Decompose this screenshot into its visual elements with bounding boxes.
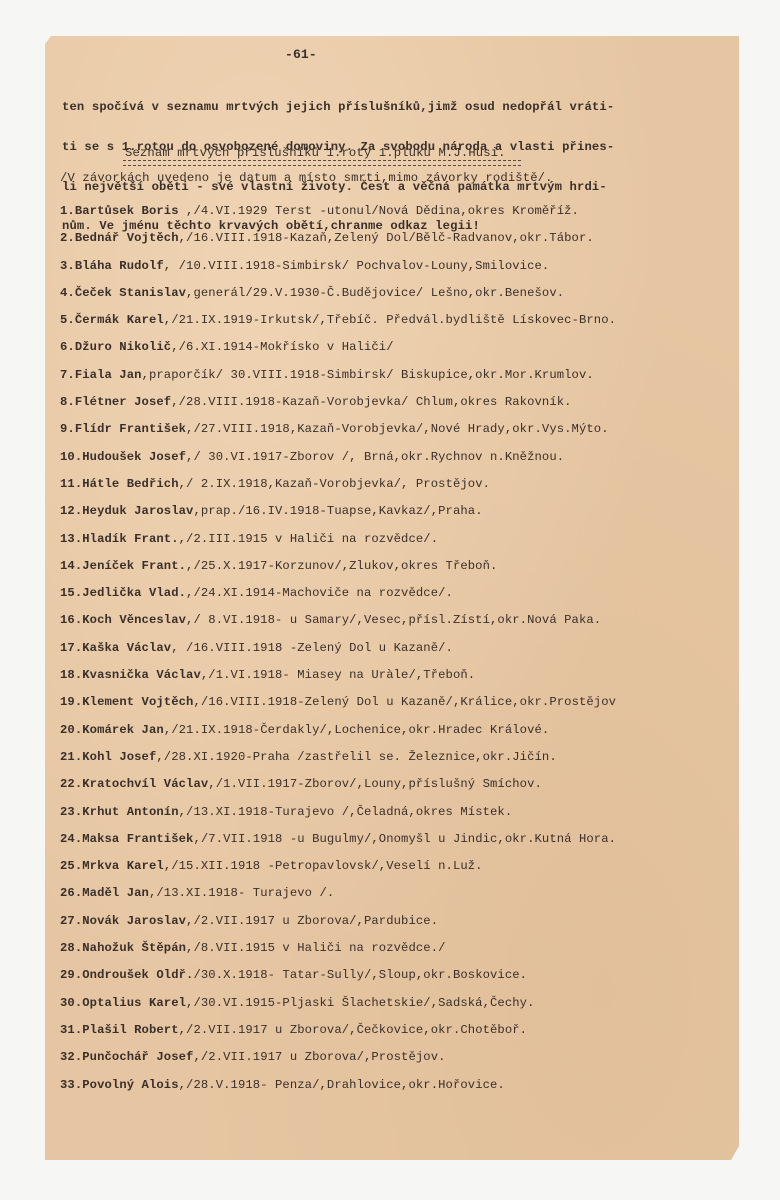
list-item: 20.Komárek Jan,/21.IX.1918-Čerdakly/,Loc… [60, 723, 616, 750]
entry-number: 18. [60, 668, 82, 682]
entry-number: 23. [60, 805, 82, 819]
entry-details: ,/ 8.VI.1918- u Samary/,Vesec,přísl.Zíst… [186, 613, 601, 627]
entry-name: Džuro Nikolič [75, 340, 171, 354]
entry-name: Hátle Bedřich [82, 477, 178, 491]
entry-name: Jedlička Vlad. [82, 586, 186, 600]
list-item: 18.Kvasnička Václav,/1.VI.1918- Miasey n… [60, 668, 616, 695]
entry-number: 6. [60, 340, 75, 354]
list-item: 4.Čeček Stanislav,generál/29.V.1930-Č.Bu… [60, 286, 616, 313]
list-item: 13.Hladík Frant.,/2.III.1915 v Haliči na… [60, 532, 616, 559]
title-double-underline [123, 160, 521, 166]
entry-name: Hladík Frant. [82, 532, 178, 546]
entry-number: 20. [60, 723, 82, 737]
entry-name: Klement Vojtěch [82, 695, 193, 709]
entry-name: Heyduk Jaroslav [82, 504, 193, 518]
entry-name: Punčochář Josef [82, 1050, 193, 1064]
list-item: 29.Ondroušek Oldř./30.X.1918- Tatar-Sull… [60, 968, 616, 995]
list-item: 9.Flídr František,/27.VIII.1918,Kazaň-Vo… [60, 422, 616, 449]
entry-name: Čeček Stanislav [75, 286, 186, 300]
entry-details: ,/21.IX.1919-Irkutsk/,Třebíč. Předvál.by… [164, 313, 616, 327]
entry-number: 1. [60, 204, 75, 218]
list-item: 8.Flétner Josef,/28.VIII.1918-Kazaň-Voro… [60, 395, 616, 422]
entry-name: Komárek Jan [82, 723, 164, 737]
list-item: 16.Koch Věnceslav,/ 8.VI.1918- u Samary/… [60, 613, 616, 640]
entry-name: Maksa František [82, 832, 193, 846]
entry-number: 33. [60, 1078, 82, 1092]
entry-number: 21. [60, 750, 82, 764]
entry-number: 30. [60, 996, 82, 1010]
list-item: 7.Fiala Jan,praporčík/ 30.VIII.1918-Simb… [60, 368, 616, 395]
list-item: 6.Džuro Nikolič,/6.XI.1914-Mokřísko v Ha… [60, 340, 616, 367]
entry-number: 10. [60, 450, 82, 464]
entry-details: ,/4.VI.1929 Terst -utonul/Nová Dědina,ok… [179, 204, 579, 218]
entry-number: 4. [60, 286, 75, 300]
list-item: 10.Hudoušek Josef,/ 30.VI.1917-Zborov /,… [60, 450, 616, 477]
entry-name: Flídr František [75, 422, 186, 436]
entry-details: ,praporčík/ 30.VIII.1918-Simbirsk/ Bisku… [142, 368, 594, 382]
entry-details: ,/2.VII.1917 u Zborova/,Prostějov. [193, 1050, 445, 1064]
list-item: 17.Kaška Václav, /16.VIII.1918 -Zelený D… [60, 641, 616, 668]
casualty-list: 1.Bartůsek Boris ,/4.VI.1929 Terst -uton… [60, 204, 616, 1105]
entry-details: ,/2.VII.1917 u Zborova/,Čečkovice,okr.Ch… [179, 1023, 527, 1037]
list-item: 28.Nahožuk Štěpán,/8.VII.1915 v Haliči n… [60, 941, 616, 968]
entry-name: Kvasnička Václav [82, 668, 201, 682]
list-item: 14.Jeníček Frant.,/25.X.1917-Korzunov/,Z… [60, 559, 616, 586]
page-number: -61- [285, 47, 317, 62]
typewritten-page: -61- ten spočívá v seznamu mrtvých jejic… [45, 36, 739, 1160]
entry-number: 3. [60, 259, 75, 273]
entry-number: 11. [60, 477, 82, 491]
entry-name: Koch Věnceslav [82, 613, 186, 627]
entry-number: 29. [60, 968, 82, 982]
entry-details: ,/1.VII.1917-Zborov/,Louny,příslušný Smí… [208, 777, 542, 791]
entry-name: Hudoušek Josef [82, 450, 186, 464]
list-item: 15.Jedlička Vlad.,/24.XI.1914-Machoviče … [60, 586, 616, 613]
entry-details: ,/2.III.1915 v Haliči na rozvědce/. [179, 532, 438, 546]
entry-name: Flétner Josef [75, 395, 171, 409]
entry-name: Ondroušek Oldř. [82, 968, 193, 982]
entry-number: 31. [60, 1023, 82, 1037]
entry-name: Kaška Václav [82, 641, 171, 655]
entry-details: ,/6.XI.1914-Mokřísko v Haliči/ [171, 340, 393, 354]
entry-number: 22. [60, 777, 82, 791]
entry-name: Maděl Jan [82, 886, 149, 900]
entry-details: ,/21.IX.1918-Čerdakly/,Lochenice,okr.Hra… [164, 723, 550, 737]
entry-details: ,/7.VII.1918 -u Bugulmy/,Onomyšl u Jindi… [193, 832, 616, 846]
intro-line: ten spočívá v seznamu mrtvých jejich pří… [62, 101, 614, 114]
list-item: 30.Optalius Karel,/30.VI.1915-Pljaski Šl… [60, 996, 616, 1023]
entry-details: ,generál/29.V.1930-Č.Budějovice/ Lešno,o… [186, 286, 564, 300]
entry-details: , /10.VIII.1918-Simbirsk/ Pochvalov-Loun… [164, 259, 550, 273]
entry-number: 15. [60, 586, 82, 600]
entry-number: 19. [60, 695, 82, 709]
list-item: 5.Čermák Karel,/21.IX.1919-Irkutsk/,Třeb… [60, 313, 616, 340]
list-item: 32.Punčochář Josef,/2.VII.1917 u Zborova… [60, 1050, 616, 1077]
entry-name: Kohl Josef [82, 750, 156, 764]
entry-name: Kratochvíl Václav [82, 777, 208, 791]
entry-details: ,/2.VII.1917 u Zborova/,Pardubice. [186, 914, 438, 928]
entry-name: Bartůsek Boris [75, 204, 179, 218]
entry-name: Krhut Antonín [82, 805, 178, 819]
entry-number: 7. [60, 368, 75, 382]
list-item: 21.Kohl Josef,/28.XI.1920-Praha /zastřel… [60, 750, 616, 777]
list-title: Seznam mrtvých příslušníků 1.roty 1.pluk… [125, 146, 506, 160]
list-item: 27.Novák Jaroslav,/2.VII.1917 u Zborova/… [60, 914, 616, 941]
entry-details: ,/1.VI.1918- Miasey na Uràle/,Třeboň. [201, 668, 475, 682]
list-item: 3.Bláha Rudolf, /10.VIII.1918-Simbirsk/ … [60, 259, 616, 286]
list-item: 24.Maksa František,/7.VII.1918 -u Bugulm… [60, 832, 616, 859]
list-item: 26.Maděl Jan,/13.XI.1918- Turajevo /. [60, 886, 616, 913]
list-note: /V závorkách uvedeno je datum a místo sm… [60, 171, 553, 185]
list-item: 25.Mrkva Karel,/15.XII.1918 -Petropavlov… [60, 859, 616, 886]
entry-details: ,/25.X.1917-Korzunov/,Zlukov,okres Třebo… [186, 559, 497, 573]
entry-details: /30.X.1918- Tatar-Sully/,Sloup,okr.Bosko… [193, 968, 527, 982]
entry-name: Plašil Robert [82, 1023, 178, 1037]
entry-details: ,/28.XI.1920-Praha /zastřelil se. Železn… [156, 750, 556, 764]
entry-details: ,/13.XI.1918-Turajevo /,Čeladná,okres Mí… [179, 805, 513, 819]
entry-number: 16. [60, 613, 82, 627]
list-item: 22.Kratochvíl Václav,/1.VII.1917-Zborov/… [60, 777, 616, 804]
entry-details: ,prap./16.IV.1918-Tuapse,Kavkaz/,Praha. [193, 504, 482, 518]
entry-name: Bednář Vojtěch [75, 231, 179, 245]
entry-number: 25. [60, 859, 82, 873]
entry-number: 26. [60, 886, 82, 900]
entry-number: 28. [60, 941, 82, 955]
list-item: 12.Heyduk Jaroslav,prap./16.IV.1918-Tuap… [60, 504, 616, 531]
entry-details: ,/16.VIII.1918-Kazaň,Zelený Dol/Bělč-Rad… [179, 231, 594, 245]
entry-number: 5. [60, 313, 75, 327]
entry-name: Mrkva Karel [82, 859, 164, 873]
entry-details: ,/ 2.IX.1918,Kazaň-Vorobjevka/, Prostějo… [179, 477, 490, 491]
list-item: 11.Hátle Bedřich,/ 2.IX.1918,Kazaň-Vorob… [60, 477, 616, 504]
entry-name: Novák Jaroslav [82, 914, 186, 928]
entry-details: , /16.VIII.1918 -Zelený Dol u Kazaně/. [171, 641, 453, 655]
entry-details: ,/ 30.VI.1917-Zborov /, Brná,okr.Rychnov… [186, 450, 564, 464]
entry-details: ,/28.V.1918- Penza/,Drahlovice,okr.Hořov… [179, 1078, 505, 1092]
entry-number: 27. [60, 914, 82, 928]
entry-number: 2. [60, 231, 75, 245]
entry-number: 24. [60, 832, 82, 846]
entry-name: Bláha Rudolf [75, 259, 164, 273]
list-item: 33.Povolný Alois,/28.V.1918- Penza/,Drah… [60, 1078, 616, 1105]
list-item: 2.Bednář Vojtěch,/16.VIII.1918-Kazaň,Zel… [60, 231, 616, 258]
entry-name: Optalius Karel [82, 996, 186, 1010]
entry-number: 9. [60, 422, 75, 436]
list-item: 19.Klement Vojtěch,/16.VIII.1918-Zelený … [60, 695, 616, 722]
entry-details: ,/24.XI.1914-Machoviče na rozvědce/. [186, 586, 453, 600]
entry-number: 12. [60, 504, 82, 518]
entry-name: Fiala Jan [75, 368, 142, 382]
entry-name: Jeníček Frant. [82, 559, 186, 573]
entry-number: 32. [60, 1050, 82, 1064]
entry-number: 13. [60, 532, 82, 546]
list-item: 23.Krhut Antonín,/13.XI.1918-Turajevo /,… [60, 805, 616, 832]
entry-name: Čermák Karel [75, 313, 164, 327]
entry-details: ,/28.VIII.1918-Kazaň-Vorobjevka/ Chlum,o… [171, 395, 571, 409]
entry-number: 8. [60, 395, 75, 409]
entry-name: Nahožuk Štěpán [82, 941, 186, 955]
entry-number: 14. [60, 559, 82, 573]
entry-number: 17. [60, 641, 82, 655]
entry-details: ,/15.XII.1918 -Petropavlovsk/,Veselí n.L… [164, 859, 483, 873]
list-item: 31.Plašil Robert,/2.VII.1917 u Zborova/,… [60, 1023, 616, 1050]
entry-details: ,/16.VIII.1918-Zelený Dol u Kazaně/,Král… [193, 695, 616, 709]
entry-details: ,/30.VI.1915-Pljaski Šlachetskie/,Sadská… [186, 996, 534, 1010]
entry-details: ,/27.VIII.1918,Kazaň-Vorobjevka/,Nové Hr… [186, 422, 609, 436]
entry-details: ,/13.XI.1918- Turajevo /. [149, 886, 334, 900]
entry-details: ,/8.VII.1915 v Haliči na rozvědce./ [186, 941, 445, 955]
list-item: 1.Bartůsek Boris ,/4.VI.1929 Terst -uton… [60, 204, 616, 231]
entry-name: Povolný Alois [82, 1078, 178, 1092]
